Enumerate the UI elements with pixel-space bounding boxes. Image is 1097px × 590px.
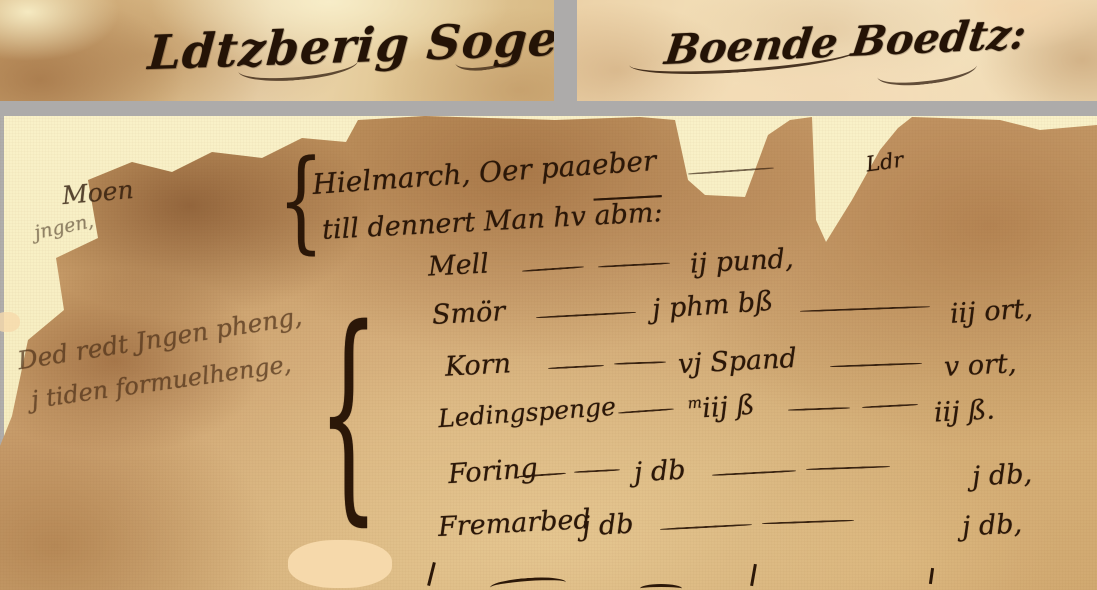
row-label: Smör [431,296,506,331]
manuscript-scan: Ldtzberig Sogen, Boende Boedtz: Moen jng… [0,0,1097,590]
row-value: iij ß. [933,394,995,428]
cutoff-line-stroke [640,584,682,590]
row-value: v ort, [943,348,1017,383]
retouch-patch [288,540,392,588]
retouch-patch [0,312,20,332]
row-value: ij pund, [689,243,794,279]
row-value: j db [633,455,686,489]
scan-edge [0,116,4,461]
header-strip-parish: Ldtzberig Sogen, [0,0,554,101]
row-value: iij ort, [949,293,1034,330]
row-value: miij ß [687,390,756,426]
row-value: vj Spand [677,343,797,380]
row-value: j db [581,509,634,543]
opening-line-2-overlined: abm: [594,197,664,232]
row-label: Korn [444,348,512,382]
flourish-stroke [628,34,860,80]
row-label: Foring [447,453,539,490]
parish-title: Ldtzberig Sogen, [146,10,554,81]
row-label: Mell [427,248,489,282]
row-value-superscript: m [687,393,702,412]
manuscript-page: Moen jngen, { Hielmarch, Oer paaeber Ldr… [0,116,1097,590]
margin-note-farm-2: jngen, [32,210,95,244]
header-strip-boedtz: Boende Boedtz: [577,0,1097,101]
row-value-text: iij ß [701,390,755,425]
rows-brace: { [318,282,379,546]
row-value: j db, [971,458,1033,492]
margin-note-farm: Moen [61,175,135,210]
row-value: j db, [961,508,1023,542]
